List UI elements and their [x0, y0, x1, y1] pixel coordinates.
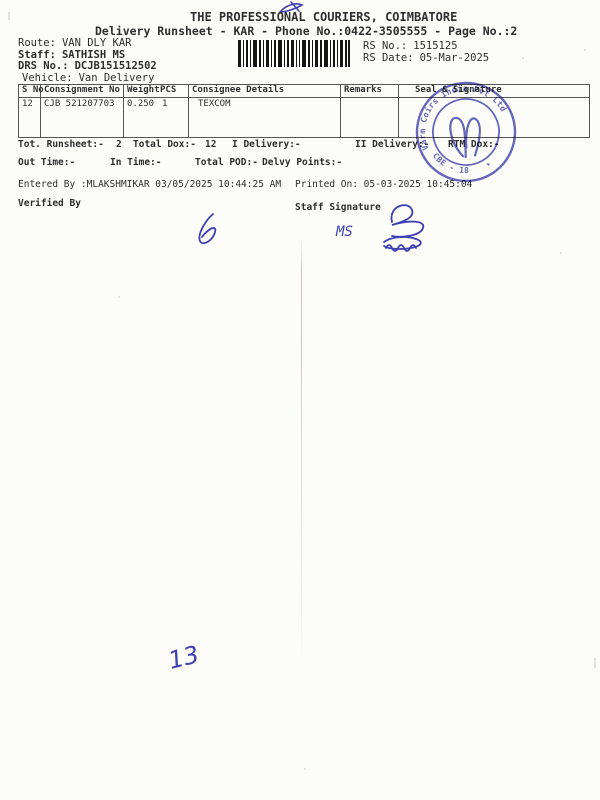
staff-label: Staff: [18, 49, 56, 61]
delivery-runsheet-document: THE PROFESSIONAL COURIERS, COIMBATORE De… [0, 0, 600, 800]
staff-signature: MS [328, 198, 440, 256]
rs-no-value: 1515125 [413, 40, 457, 52]
paper-fold-line [301, 238, 302, 668]
col-header-pcs: PCS [160, 86, 176, 96]
rs-date-line: RS Date:05-Mar-2025 [363, 53, 489, 65]
rs-date-label: RS Date: [363, 52, 414, 64]
route-label: Route: [18, 37, 56, 49]
col-header-weight: Weight [127, 86, 160, 96]
entered-by-text: Entered By :MLAKSHMIKAR 03/05/2025 10:44… [18, 180, 281, 190]
table-vline-5 [340, 84, 341, 137]
scan-artifact [560, 252, 562, 254]
delvy-points-label: Delvy Points:- [262, 158, 342, 168]
total-dox-value: 12 [205, 140, 216, 150]
rs-no-label: RS No.: [363, 40, 407, 52]
table-vline-3 [123, 84, 124, 137]
cell-consignee: TEXCOM [198, 100, 231, 110]
cell-pcs: 1 [162, 100, 167, 110]
handwritten-number-text: 13 [166, 640, 202, 675]
col-header-consignment: Consignment No [44, 86, 120, 96]
scan-artifact [8, 12, 10, 20]
verified-signature-stroke [199, 214, 215, 243]
company-seal-stamp: Varm Coirs India Pvt Ltd CBE - 18 ★ [404, 70, 528, 194]
drs-value: DCJB151512502 [75, 60, 157, 72]
barcode-bars [238, 40, 350, 67]
in-time-label: In Time:- [110, 158, 161, 168]
verified-signature [186, 206, 242, 250]
cell-consignment: CJB 521207703 [44, 100, 114, 110]
staff-initials: MS [335, 224, 353, 240]
total-runsheet-label: Tot. Runsheet:- [18, 140, 104, 150]
rs-date-value: 05-Mar-2025 [420, 52, 490, 64]
table-vline-6 [398, 84, 399, 137]
page-title: THE PROFESSIONAL COURIERS, COIMBATORE [190, 11, 457, 24]
total-runsheet-value: 2 [116, 140, 122, 150]
table-vline-7 [589, 84, 590, 137]
scan-artifact [420, 182, 422, 184]
page-subtitle: Delivery Runsheet - KAR - Phone No.:0422… [95, 25, 517, 38]
col-header-consignee: Consignee Details [192, 86, 284, 96]
col-header-sno: S No [22, 86, 44, 96]
staff-value: SATHISH MS [62, 49, 125, 61]
verified-by-label: Verified By [18, 199, 81, 209]
route-value: VAN DLY KAR [62, 37, 132, 49]
scan-artifact [594, 658, 596, 668]
scan-artifact [118, 296, 120, 298]
vehicle-label: Vehicle: [22, 72, 73, 84]
scan-artifact [304, 768, 306, 770]
col-header-remarks: Remarks [344, 86, 382, 96]
table-vline-4 [188, 84, 189, 137]
barcode [238, 40, 350, 67]
table-vline-1 [18, 84, 19, 137]
drs-label: DRS No.: [18, 60, 69, 72]
stamp-star: ★ [484, 159, 493, 169]
total-pod-label: Total POD:- [195, 158, 258, 168]
scan-artifact [584, 49, 586, 51]
total-dox-label: Total Dox:- [133, 140, 196, 150]
vehicle-value: Van Delivery [79, 72, 155, 84]
staff-signature-flourish [384, 205, 423, 251]
out-time-label: Out Time:- [18, 158, 75, 168]
delivery1-label: I Delivery:- [232, 140, 301, 150]
scan-artifact [522, 57, 524, 59]
cell-sno: 12 [22, 100, 33, 110]
vehicle-line: Vehicle:Van Delivery [22, 73, 154, 85]
stamp-company-text: Varm Coirs India Pvt Ltd [400, 66, 509, 155]
handwritten-number: 13 [158, 632, 222, 678]
cell-weight: 0.250 [127, 100, 154, 110]
rs-no-line: RS No.:1515125 [363, 41, 458, 53]
stamp-signature-scribble [444, 109, 492, 161]
